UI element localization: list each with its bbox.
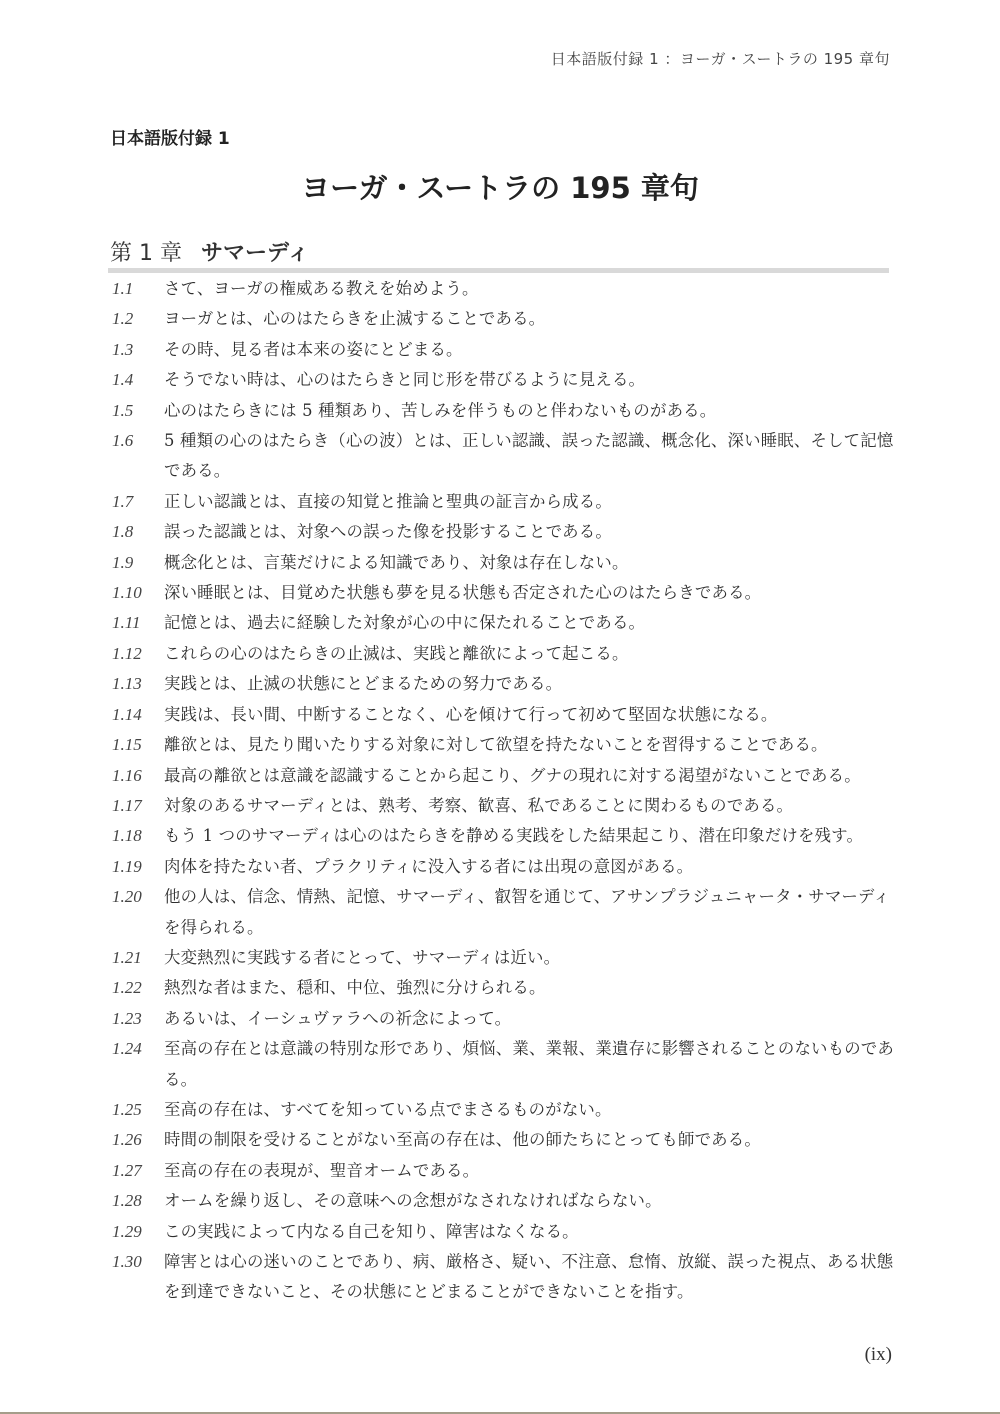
page-number: (ix) — [865, 1344, 892, 1366]
verse-number: 1.16 — [112, 761, 164, 791]
verse-number: 1.13 — [112, 669, 164, 699]
chapter-name: サマーディ — [201, 241, 309, 266]
verse-text: この実践によって内なる自己を知り、障害はなくなる。 — [164, 1217, 897, 1247]
verse-text: これらの心のはたらきの止滅は、実践と離欲によって起こる。 — [164, 639, 897, 669]
verse-item: 1.12これらの心のはたらきの止滅は、実践と離欲によって起こる。 — [112, 639, 897, 669]
verse-item: 1.27至高の存在の表現が、聖音オームである。 — [112, 1156, 897, 1186]
verse-item: 1.8誤った認識とは、対象への誤った像を投影することである。 — [112, 517, 897, 547]
verse-text: もう 1 つのサマーディは心のはたらきを静める実践をした結果起こり、潜在印象だけ… — [164, 821, 897, 851]
verse-text: そうでない時は、心のはたらきと同じ形を帯びるように見える。 — [164, 365, 897, 395]
verse-text: 正しい認識とは、直接の知覚と推論と聖典の証言から成る。 — [164, 487, 897, 517]
verse-text: 誤った認識とは、対象への誤った像を投影することである。 — [164, 517, 897, 547]
verse-text: 至高の存在とは意識の特別な形であり、煩悩、業、業報、業遺存に影響されることのない… — [164, 1034, 897, 1095]
verse-text: 肉体を持たない者、プラクリティに没入する者には出現の意図がある。 — [164, 852, 897, 882]
verse-number: 1.9 — [112, 548, 164, 578]
verse-item: 1.14実践は、長い間、中断することなく、心を傾けて行って初めて堅固な状態になる… — [112, 700, 897, 730]
verse-text: 大変熱烈に実践する者にとって、サマーディは近い。 — [164, 943, 897, 973]
chapter-heading: 第 1 章 サマーディ — [110, 236, 890, 267]
verse-item: 1.28オームを繰り返し、その意味への念想がなされなければならない。 — [112, 1186, 897, 1216]
running-header: 日本語版付録 1 ：ヨーガ・スートラの 195 章句 — [551, 48, 890, 69]
verse-number: 1.10 — [112, 578, 164, 608]
verse-item: 1.16最高の離欲とは意識を認識することから起こり、グナの現れに対する渇望がない… — [112, 761, 897, 791]
verse-text: 他の人は、信念、情熱、記憶、サマーディ、叡智を通じて、アサンプラジュニャータ・サ… — [164, 882, 897, 943]
verse-text: 深い睡眠とは、目覚めた状態も夢を見る状態も否定された心のはたらきである。 — [164, 578, 897, 608]
verse-number: 1.20 — [112, 882, 164, 912]
verse-item: 1.23あるいは、イーシュヴァラへの祈念によって。 — [112, 1004, 897, 1034]
verse-text: 5 種類の心のはたらき（心の波）とは、正しい認識、誤った認識、概念化、深い睡眠、… — [164, 426, 897, 487]
verse-number: 1.26 — [112, 1125, 164, 1155]
verse-number: 1.12 — [112, 639, 164, 669]
verse-item: 1.1さて、ヨーガの権威ある教えを始めよう。 — [112, 274, 897, 304]
verse-item: 1.10深い睡眠とは、目覚めた状態も夢を見る状態も否定された心のはたらきである。 — [112, 578, 897, 608]
verse-text: 至高の存在は、すべてを知っている点でまさるものがない。 — [164, 1095, 897, 1125]
verse-number: 1.15 — [112, 730, 164, 760]
verse-number: 1.24 — [112, 1034, 164, 1064]
verse-item: 1.9概念化とは、言葉だけによる知識であり、対象は存在しない。 — [112, 548, 897, 578]
verse-text: その時、見る者は本来の姿にとどまる。 — [164, 335, 897, 365]
chapter-divider — [108, 268, 889, 273]
verse-number: 1.1 — [112, 274, 164, 304]
verse-item: 1.24至高の存在とは意識の特別な形であり、煩悩、業、業報、業遺存に影響されるこ… — [112, 1034, 897, 1095]
verse-text: 記憶とは、過去に経験した対象が心の中に保たれることである。 — [164, 608, 897, 638]
verse-item: 1.11記憶とは、過去に経験した対象が心の中に保たれることである。 — [112, 608, 897, 638]
verse-number: 1.8 — [112, 517, 164, 547]
verse-item: 1.20他の人は、信念、情熱、記憶、サマーディ、叡智を通じて、アサンプラジュニャ… — [112, 882, 897, 943]
verse-number: 1.4 — [112, 365, 164, 395]
verse-number: 1.17 — [112, 791, 164, 821]
verse-text: 最高の離欲とは意識を認識することから起こり、グナの現れに対する渇望がないことであ… — [164, 761, 897, 791]
verse-text: さて、ヨーガの権威ある教えを始めよう。 — [164, 274, 897, 304]
verse-item: 1.65 種類の心のはたらき（心の波）とは、正しい認識、誤った認識、概念化、深い… — [112, 426, 897, 487]
verse-item: 1.3その時、見る者は本来の姿にとどまる。 — [112, 335, 897, 365]
verse-item: 1.26時間の制限を受けることがない至高の存在は、他の師たちにとっても師である。 — [112, 1125, 897, 1155]
verse-text: 対象のあるサマーディとは、熟考、考察、歓喜、私であることに関わるものである。 — [164, 791, 897, 821]
verse-text: 熱烈な者はまた、穏和、中位、強烈に分けられる。 — [164, 973, 897, 1003]
verse-item: 1.18もう 1 つのサマーディは心のはたらきを静める実践をした結果起こり、潜在… — [112, 821, 897, 851]
verse-item: 1.21大変熱烈に実践する者にとって、サマーディは近い。 — [112, 943, 897, 973]
verse-text: 実践とは、止滅の状態にとどまるための努力である。 — [164, 669, 897, 699]
verse-item: 1.22熱烈な者はまた、穏和、中位、強烈に分けられる。 — [112, 973, 897, 1003]
verse-number: 1.18 — [112, 821, 164, 851]
verse-text: 時間の制限を受けることがない至高の存在は、他の師たちにとっても師である。 — [164, 1125, 897, 1155]
verse-item: 1.5心のはたらきには 5 種類あり、苦しみを伴うものと伴わないものがある。 — [112, 396, 897, 426]
verse-text: オームを繰り返し、その意味への念想がなされなければならない。 — [164, 1186, 897, 1216]
appendix-label: 日本語版付録 1 — [110, 124, 230, 149]
verse-number: 1.2 — [112, 304, 164, 334]
verse-number: 1.27 — [112, 1156, 164, 1186]
verse-number: 1.5 — [112, 396, 164, 426]
verse-item: 1.15離欲とは、見たり聞いたりする対象に対して欲望を持たないことを習得すること… — [112, 730, 897, 760]
verse-item: 1.7正しい認識とは、直接の知覚と推論と聖典の証言から成る。 — [112, 487, 897, 517]
verse-text: 概念化とは、言葉だけによる知識であり、対象は存在しない。 — [164, 548, 897, 578]
verse-number: 1.25 — [112, 1095, 164, 1125]
verse-item: 1.30障害とは心の迷いのことであり、病、厳格さ、疑い、不注意、怠惰、放縦、誤っ… — [112, 1247, 897, 1308]
verse-text: 心のはたらきには 5 種類あり、苦しみを伴うものと伴わないものがある。 — [164, 396, 897, 426]
verse-number: 1.11 — [112, 608, 164, 638]
verse-list: 1.1さて、ヨーガの権威ある教えを始めよう。 1.2ヨーガとは、心のはたらきを止… — [112, 274, 897, 1308]
verse-item: 1.25至高の存在は、すべてを知っている点でまさるものがない。 — [112, 1095, 897, 1125]
verse-item: 1.17対象のあるサマーディとは、熟考、考察、歓喜、私であることに関わるものであ… — [112, 791, 897, 821]
verse-number: 1.22 — [112, 973, 164, 1003]
verse-text: あるいは、イーシュヴァラへの祈念によって。 — [164, 1004, 897, 1034]
verse-number: 1.28 — [112, 1186, 164, 1216]
verse-text: ヨーガとは、心のはたらきを止滅することである。 — [164, 304, 897, 334]
verse-number: 1.19 — [112, 852, 164, 882]
verse-text: 至高の存在の表現が、聖音オームである。 — [164, 1156, 897, 1186]
verse-number: 1.29 — [112, 1217, 164, 1247]
verse-number: 1.23 — [112, 1004, 164, 1034]
verse-item: 1.2ヨーガとは、心のはたらきを止滅することである。 — [112, 304, 897, 334]
verse-item: 1.29この実践によって内なる自己を知り、障害はなくなる。 — [112, 1217, 897, 1247]
verse-item: 1.4そうでない時は、心のはたらきと同じ形を帯びるように見える。 — [112, 365, 897, 395]
chapter-number: 第 1 章 — [110, 241, 182, 266]
verse-text: 離欲とは、見たり聞いたりする対象に対して欲望を持たないことを習得することである。 — [164, 730, 897, 760]
verse-number: 1.7 — [112, 487, 164, 517]
verse-number: 1.6 — [112, 426, 164, 456]
verse-number: 1.3 — [112, 335, 164, 365]
page-title: ヨーガ・スートラの 195 章句 — [0, 166, 1000, 207]
verse-text: 障害とは心の迷いのことであり、病、厳格さ、疑い、不注意、怠惰、放縦、誤った視点、… — [164, 1247, 897, 1308]
verse-item: 1.19肉体を持たない者、プラクリティに没入する者には出現の意図がある。 — [112, 852, 897, 882]
verse-number: 1.21 — [112, 943, 164, 973]
verse-number: 1.30 — [112, 1247, 164, 1277]
verse-number: 1.14 — [112, 700, 164, 730]
verse-item: 1.13実践とは、止滅の状態にとどまるための努力である。 — [112, 669, 897, 699]
verse-text: 実践は、長い間、中断することなく、心を傾けて行って初めて堅固な状態になる。 — [164, 700, 897, 730]
